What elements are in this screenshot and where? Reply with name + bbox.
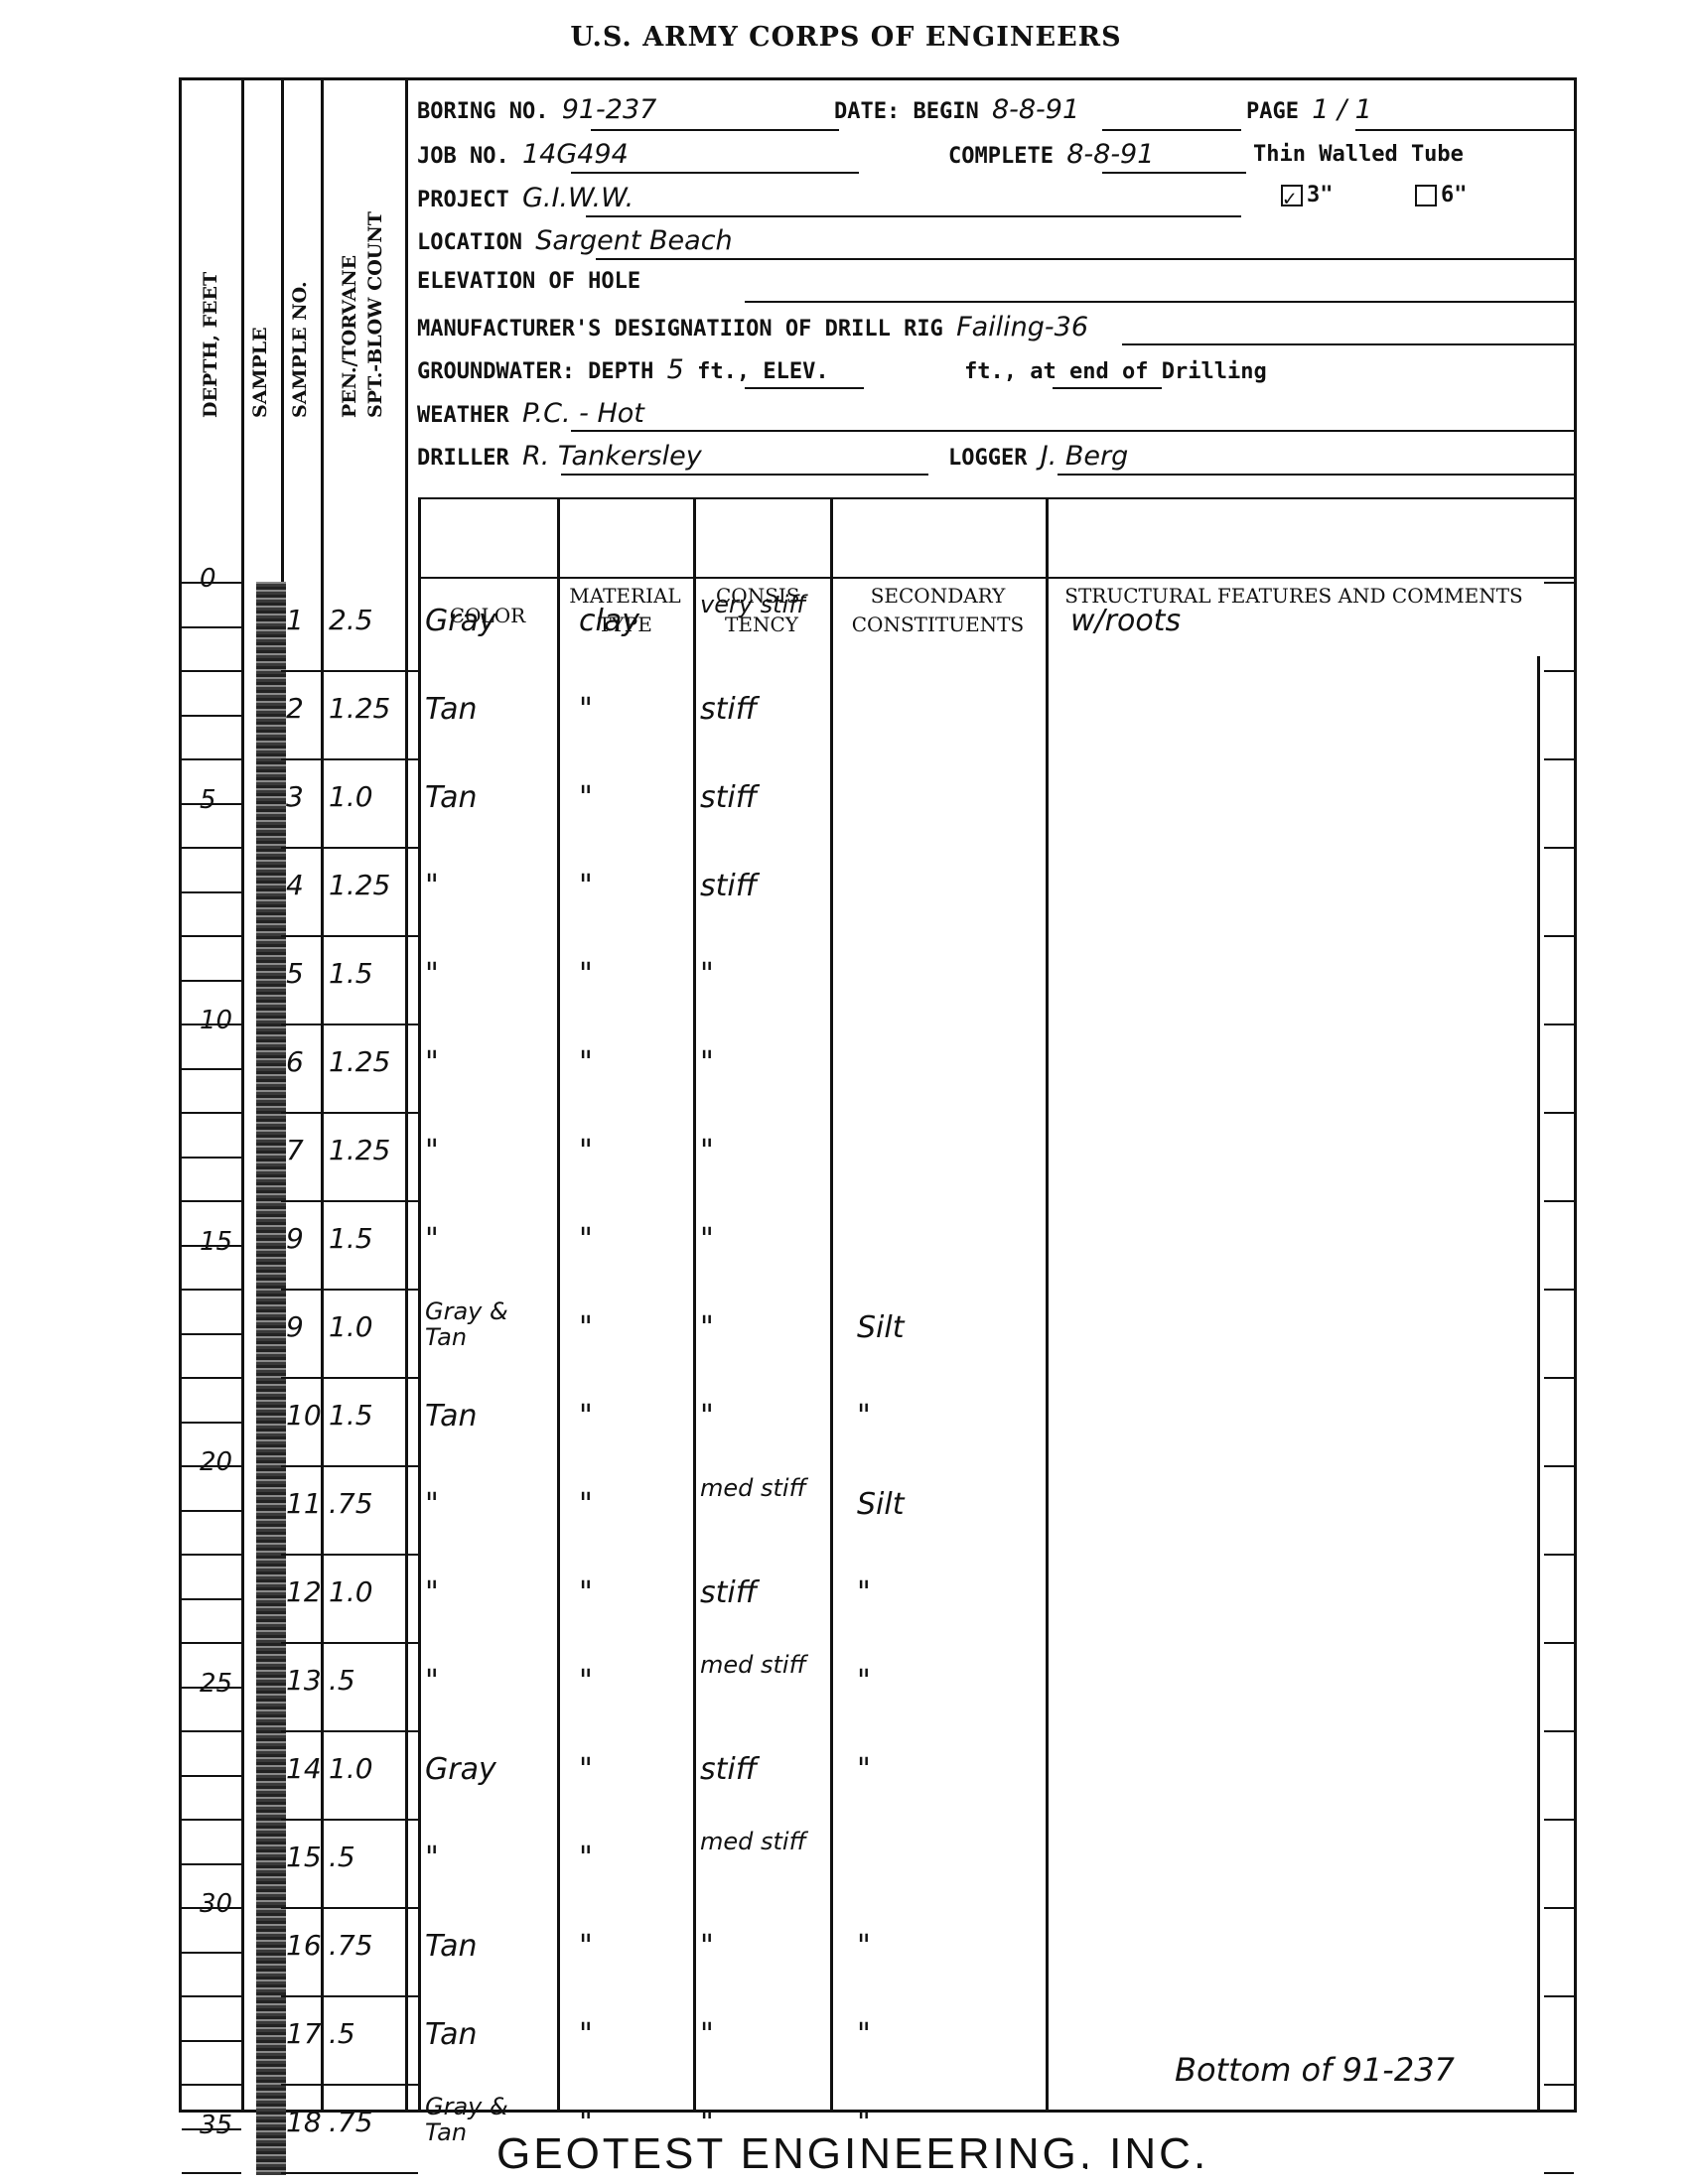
location-field: LOCATION Sargent Beach — [417, 225, 733, 256]
pen-value: .5 — [329, 1841, 355, 1873]
drill-rig-field: MANUFACTURER'S DESIGNATIION OF DRILL RIG… — [417, 312, 1088, 342]
tube-3-option[interactable]: ✓3" — [1281, 183, 1334, 207]
weather-field: WEATHER P.C. - Hot — [417, 398, 644, 429]
depth-tick — [182, 1068, 241, 1070]
pen-value: 1.5 — [329, 1222, 373, 1255]
secondary-value: " — [857, 1752, 871, 1787]
right-tick — [1544, 670, 1574, 672]
row-divider — [281, 1465, 418, 1467]
color-value: Tan — [425, 780, 478, 815]
material-value: " — [579, 1929, 593, 1964]
sample-no: 11 — [286, 1487, 322, 1520]
right-tick — [1544, 1289, 1574, 1291]
consistency-value: " — [700, 2017, 714, 2052]
right-tick — [1544, 1024, 1574, 1025]
divider — [241, 80, 244, 2110]
material-value: " — [579, 1752, 593, 1787]
depth-tick — [182, 626, 241, 628]
depth-tick — [182, 2172, 241, 2174]
consistency-value: " — [700, 957, 714, 992]
sample-no: 4 — [286, 869, 304, 901]
material-value: " — [579, 1841, 593, 1875]
pen-value: 2.5 — [329, 604, 373, 636]
depth-tick — [182, 1642, 241, 1644]
row-divider — [281, 847, 418, 849]
sample-no: 9 — [286, 1310, 304, 1343]
row-divider — [281, 1907, 418, 1909]
complete-label: COMPLETE — [948, 144, 1054, 169]
sample-no: 14 — [286, 1752, 322, 1785]
depth-tick — [182, 1112, 241, 1114]
tube-3-checkbox[interactable]: ✓ — [1281, 185, 1303, 206]
right-tick — [1544, 1465, 1574, 1467]
right-tick — [1544, 758, 1574, 760]
driller-label: DRILLER — [417, 446, 509, 471]
right-tick — [1544, 1819, 1574, 1821]
depth-tick — [182, 758, 241, 760]
right-tick — [1544, 2084, 1574, 2086]
underline — [1102, 172, 1246, 174]
right-tick — [1544, 847, 1574, 849]
divider — [418, 497, 421, 2110]
elevation-label: ELEVATION OF HOLE — [417, 269, 640, 294]
sample-no: 10 — [286, 1399, 322, 1432]
consistency-value: " — [700, 1045, 714, 1080]
depth-tick — [182, 935, 241, 937]
color-value: Tan — [425, 2017, 478, 2052]
weather-value: P.C. - Hot — [522, 398, 644, 429]
job-no-label: JOB NO. — [417, 144, 509, 169]
date-begin-value: 8-8-91 — [992, 94, 1079, 125]
row-divider — [281, 1200, 418, 1202]
logger-field: LOGGER J. Berg — [948, 441, 1128, 472]
divider — [830, 497, 833, 2110]
material-value: " — [579, 957, 593, 992]
logger-label: LOGGER — [948, 446, 1027, 471]
underline — [561, 474, 928, 476]
secondary-value: " — [857, 1929, 871, 1964]
right-tick — [1544, 1554, 1574, 1556]
row-divider — [281, 1289, 418, 1291]
end-of-drilling-label: ft., at end of Drilling — [964, 359, 1267, 384]
pen-value: 1.25 — [329, 692, 390, 725]
consistency-value: " — [700, 1399, 714, 1433]
row-divider — [281, 1995, 418, 1997]
row-divider — [281, 2172, 418, 2174]
underline — [745, 301, 1574, 303]
underline — [591, 129, 839, 131]
pen-value: 1.0 — [329, 1752, 373, 1785]
underline — [596, 258, 1574, 260]
logger-value: J. Berg — [1041, 441, 1129, 472]
ft-elev-label: ft., ELEV. — [697, 359, 828, 384]
sample-no: 7 — [286, 1134, 304, 1166]
footer-company: GEOTEST ENGINEERING, INC. — [496, 2129, 1208, 2169]
underline — [1053, 387, 1162, 389]
tube-6-label: 6" — [1441, 183, 1468, 207]
depth-tick — [182, 1598, 241, 1600]
boring-no-value: 91-237 — [562, 94, 657, 125]
pen-value: 1.0 — [329, 1310, 373, 1343]
sample-no: 18 — [286, 2106, 322, 2138]
depth-tick — [182, 670, 241, 672]
consistency-value: stiff — [700, 692, 757, 727]
color-value: " — [425, 1841, 439, 1875]
consistency-value: med stiff — [700, 1652, 819, 1678]
bottom-note: Bottom of 91-237 — [1175, 2051, 1455, 2089]
page-value: 1 / 1 — [1312, 94, 1372, 125]
secondary-value: Silt — [857, 1310, 904, 1345]
row-divider — [281, 758, 418, 760]
right-tick — [1544, 582, 1574, 584]
divider — [418, 577, 1574, 579]
color-value: " — [425, 869, 439, 903]
groundwater-depth-value: 5 — [667, 354, 684, 385]
project-value: G.I.W.W. — [522, 183, 634, 213]
material-value: " — [579, 1575, 593, 1610]
sample-no: 12 — [286, 1575, 322, 1608]
sample-no-column-header: SAMPLE NO. — [289, 281, 311, 418]
depth-tick — [182, 1819, 241, 1821]
underline — [586, 215, 1241, 217]
depth-tick — [182, 1200, 241, 1202]
secondary-value: " — [857, 2017, 871, 2052]
project-field: PROJECT G.I.W.W. — [417, 183, 634, 213]
divider — [405, 80, 408, 2110]
depth-tick — [182, 1554, 241, 1556]
pen-value: 1.5 — [329, 1399, 373, 1432]
consistency-value: stiff — [700, 869, 757, 903]
right-tick — [1544, 1907, 1574, 1909]
depth-tick — [182, 891, 241, 893]
color-value: Gray — [425, 1752, 496, 1787]
underline — [1102, 129, 1241, 131]
right-tick — [1544, 1730, 1574, 1732]
color-value: " — [425, 1664, 439, 1699]
row-divider — [281, 1819, 418, 1821]
consistency-value: stiff — [700, 1575, 757, 1610]
consistency-value: " — [700, 1310, 714, 1345]
material-value: " — [579, 1222, 593, 1257]
color-value: " — [425, 1487, 439, 1522]
depth-label: 0 — [200, 564, 216, 594]
date-complete-value: 8-8-91 — [1066, 139, 1154, 170]
underline — [745, 387, 864, 389]
depth-tick — [182, 2084, 241, 2086]
depth-tick — [182, 980, 241, 982]
row-divider — [281, 670, 418, 672]
right-tick — [1544, 1995, 1574, 1997]
row-divider — [281, 935, 418, 937]
divider — [1537, 656, 1540, 2110]
depth-tick — [182, 1422, 241, 1424]
depth-tick — [182, 1377, 241, 1379]
material-value: " — [579, 2017, 593, 2052]
color-value: " — [425, 957, 439, 992]
secondary-value: " — [857, 1575, 871, 1610]
sample-column-header: SAMPLE — [249, 327, 271, 418]
row-divider — [281, 1377, 418, 1379]
weather-label: WEATHER — [417, 403, 509, 428]
divider — [1046, 497, 1049, 2110]
right-tick — [1544, 2172, 1574, 2174]
pen-value: 1.0 — [329, 1575, 373, 1608]
sample-no: 2 — [286, 692, 304, 725]
row-divider — [281, 1112, 418, 1114]
sample-no: 3 — [286, 780, 304, 813]
depth-label: 25 — [200, 1669, 232, 1699]
depth-tick — [182, 715, 241, 717]
secondary-value: " — [857, 1399, 871, 1433]
material-value: " — [579, 869, 593, 903]
divider — [418, 497, 1574, 499]
tube-3-label: 3" — [1307, 183, 1334, 207]
right-tick — [1544, 935, 1574, 937]
job-no-value: 14G494 — [522, 139, 629, 170]
material-value: " — [579, 780, 593, 815]
depth-tick — [182, 1995, 241, 1997]
row-divider — [281, 1730, 418, 1732]
pen-value: .75 — [329, 2106, 373, 2138]
color-value: " — [425, 1575, 439, 1610]
sample-no: 17 — [286, 2017, 322, 2050]
date-complete-field: COMPLETE 8-8-91 — [948, 139, 1154, 170]
pen-torvane-column-header: PEN./TORVANE — [339, 255, 360, 418]
underline — [1355, 129, 1574, 131]
depth-label: 20 — [200, 1447, 232, 1477]
boring-no-label: BORING NO. — [417, 99, 548, 124]
sample-no: 13 — [286, 1664, 322, 1697]
job-no-field: JOB NO. 14G494 — [417, 139, 629, 170]
depth-tick — [182, 1289, 241, 1291]
drill-rig-value: Failing-36 — [956, 312, 1088, 342]
depth-tick — [182, 1510, 241, 1512]
depth-label: 30 — [200, 1889, 232, 1919]
depth-tick — [182, 1333, 241, 1335]
material-value: " — [579, 1664, 593, 1699]
location-value: Sargent Beach — [535, 225, 732, 256]
color-column-header: COLOR — [418, 602, 557, 630]
material-value: " — [579, 1310, 593, 1345]
document-title: U.S. ARMY CORPS OF ENGINEERS — [0, 22, 1692, 53]
secondary-value: " — [857, 1664, 871, 1699]
material-value: " — [579, 1134, 593, 1168]
color-value: Tan — [425, 692, 478, 727]
row-divider — [281, 1024, 418, 1025]
groundwater-label: GROUNDWATER: DEPTH — [417, 359, 653, 384]
header-line-1: BORING NO. 91-237 — [417, 94, 656, 125]
right-tick — [1544, 1200, 1574, 1202]
pen-value: .75 — [329, 1929, 373, 1962]
sample-no: 16 — [286, 1929, 322, 1962]
secondary-column-header: SECONDARY CONSTITUENTS — [830, 582, 1046, 639]
right-tick — [1544, 1642, 1574, 1644]
depth-tick — [182, 2040, 241, 2042]
material-column-header: MATERIAL TYPE — [557, 582, 693, 639]
tube-label: Thin Walled Tube — [1253, 142, 1464, 167]
page-field: PAGE 1 / 1 — [1246, 94, 1372, 125]
consistency-column-header: CONSIS- TENCY — [693, 582, 830, 639]
sample-no: 1 — [286, 604, 304, 636]
color-value: " — [425, 1045, 439, 1080]
pen-value: 1.25 — [329, 1134, 390, 1166]
consistency-value: stiff — [700, 1752, 757, 1787]
depth-tick — [182, 1775, 241, 1777]
color-value: Tan — [425, 1929, 478, 1964]
consistency-value: stiff — [700, 780, 757, 815]
pen-value: 1.5 — [329, 957, 373, 990]
sample-no: 6 — [286, 1045, 304, 1078]
pen-value: 1.25 — [329, 1045, 390, 1078]
pen-value: 1.25 — [329, 869, 390, 901]
sample-no: 15 — [286, 1841, 322, 1873]
sample-no: 5 — [286, 957, 304, 990]
color-value: Tan — [425, 1399, 478, 1433]
underline — [571, 172, 859, 174]
right-tick — [1544, 1377, 1574, 1379]
underline — [1057, 474, 1574, 476]
depth-tick — [182, 1157, 241, 1159]
pen-value: .5 — [329, 2017, 355, 2050]
pen-value: .75 — [329, 1487, 373, 1520]
depth-label: 15 — [200, 1227, 232, 1257]
page-label: PAGE — [1246, 99, 1299, 124]
depth-tick — [182, 847, 241, 849]
depth-tick — [182, 1863, 241, 1865]
depth-label: 5 — [200, 785, 216, 815]
sample-no: 9 — [286, 1222, 304, 1255]
date-label: DATE: BEGIN — [834, 99, 979, 124]
depth-tick — [182, 1730, 241, 1732]
underline — [571, 430, 1574, 432]
material-value: " — [579, 1045, 593, 1080]
depth-tick — [182, 1952, 241, 1954]
structural-column-header: STRUCTURAL FEATURES AND COMMENTS — [1046, 582, 1542, 611]
consistency-value: " — [700, 1222, 714, 1257]
driller-value: R. Tankersley — [522, 441, 702, 472]
underline — [1122, 343, 1574, 345]
material-value: " — [579, 1487, 593, 1522]
material-value: " — [579, 692, 593, 727]
pen-value: .5 — [329, 1664, 355, 1697]
color-value: Gray & Tan — [425, 1298, 544, 1350]
date-begin-field: DATE: BEGIN 8-8-91 — [834, 94, 1079, 125]
color-value: " — [425, 1134, 439, 1168]
pen-value: 1.0 — [329, 780, 373, 813]
row-divider — [281, 1554, 418, 1556]
row-divider — [281, 1642, 418, 1644]
spt-column-header: SPT.-BLOW COUNT — [364, 211, 386, 418]
divider — [321, 80, 324, 2110]
secondary-value: Silt — [857, 1487, 904, 1522]
consistency-value: med stiff — [700, 1475, 819, 1501]
depth-label: 10 — [200, 1006, 232, 1035]
consistency-value: med stiff — [700, 1829, 819, 1854]
row-divider — [281, 2084, 418, 2086]
tube-6-checkbox[interactable] — [1415, 185, 1437, 206]
consistency-value: " — [700, 1134, 714, 1168]
depth-column-header: DEPTH, FEET — [200, 272, 221, 418]
material-value: " — [579, 1399, 593, 1433]
tube-6-option[interactable]: 6" — [1415, 183, 1468, 207]
divider — [693, 497, 696, 2110]
consistency-value: " — [700, 1929, 714, 1964]
depth-label: 35 — [200, 2111, 232, 2140]
driller-field: DRILLER R. Tankersley — [417, 441, 702, 472]
divider — [557, 497, 560, 2110]
drill-rig-label: MANUFACTURER'S DESIGNATIION OF DRILL RIG — [417, 317, 943, 341]
location-label: LOCATION — [417, 230, 522, 255]
right-tick — [1544, 1112, 1574, 1114]
color-value: " — [425, 1222, 439, 1257]
project-label: PROJECT — [417, 188, 509, 212]
groundwater-field: GROUNDWATER: DEPTH 5 ft., ELEV. ft., at … — [417, 354, 1267, 385]
